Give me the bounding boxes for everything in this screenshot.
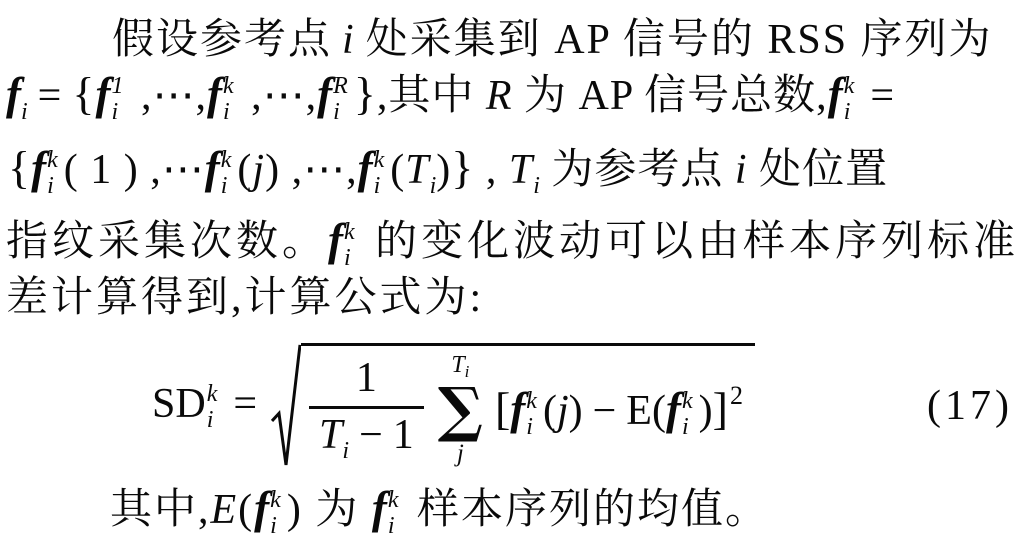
paren-group: ( 1 ) ,⋯ xyxy=(64,147,205,193)
left-brace: { xyxy=(8,142,31,193)
left-paren: ( xyxy=(543,388,557,434)
equals-sign: = xyxy=(870,73,895,119)
radical-sign-icon xyxy=(271,343,301,469)
fraction-denominator: Ti−1 xyxy=(309,406,424,464)
math-f-token: f1i xyxy=(95,73,129,119)
left-brace: { xyxy=(72,68,95,119)
math-f-token: fki xyxy=(828,73,861,119)
paper-page: { "sym": { "f": "f", "i": "i", "j": "j",… xyxy=(0,0,1029,536)
cjk-text: 为 xyxy=(303,487,372,533)
comma: , xyxy=(474,147,509,193)
cjk-text: 处采集到 AP 信号的 RSS 序列为 xyxy=(366,17,993,63)
math-f-token: fki xyxy=(207,73,240,119)
fraction-numerator: 1 xyxy=(356,356,377,406)
squared-bracket-expression: [fki(j)−E(fki)]2 xyxy=(495,381,743,440)
sd-symbol: SD xyxy=(152,381,206,427)
left-paren: ( xyxy=(238,487,254,533)
subscript-i: i xyxy=(533,173,540,199)
left-paren: ( xyxy=(237,147,252,193)
math-var-T: T xyxy=(509,147,533,193)
square-root: 1 Ti−1 Ti ∑ j [fki(j)−E(fki)]2 xyxy=(271,343,755,469)
paragraph-line-4: 指纹采集次数。fki 的变化波动可以由样本序列标准 xyxy=(6,208,1019,271)
right-paren: ) xyxy=(265,147,280,193)
math-f-token: fki xyxy=(31,147,64,193)
equals-sign: = xyxy=(38,73,63,119)
math-var-R: R xyxy=(486,73,513,119)
math-var-i: i xyxy=(735,147,748,193)
cjk-text: 指纹采集次数。 xyxy=(6,219,328,265)
math-var-T: T xyxy=(405,147,429,193)
summation-index: j xyxy=(457,439,464,469)
paragraph-line-3: {fki( 1 ) ,⋯fki(j) ,⋯,fki(Ti)} , Ti 为参考点… xyxy=(8,136,888,200)
math-var-i: i xyxy=(342,17,356,63)
math-f-token: fki xyxy=(358,147,391,193)
left-bracket: [ xyxy=(495,383,510,434)
right-paren: ) xyxy=(287,487,303,533)
equation-block: SDki= 1 Ti−1 Ti ∑ j [fki(j)−E(fki)]2 (17… xyxy=(152,338,1029,474)
paragraph-line-6: 其中,E(fki) 为 fki 样本序列的均值。 xyxy=(110,476,769,536)
math-f-token: fki xyxy=(510,388,543,434)
separator-cdots: ,⋯, xyxy=(129,73,207,119)
math-var-j: j xyxy=(557,388,569,434)
summation: Ti ∑ j xyxy=(438,352,483,469)
sigma-icon: ∑ xyxy=(438,382,483,439)
math-f-token: fki xyxy=(205,147,238,193)
expectation-symbol: E xyxy=(626,388,652,434)
right-bracket: ] xyxy=(713,383,728,434)
cjk-text: 差计算得到,计算公式为: xyxy=(6,275,484,321)
math-f-token: fki xyxy=(328,219,361,265)
fraction: 1 Ti−1 xyxy=(309,356,424,464)
equation-lhs: SDki= xyxy=(152,380,267,433)
separator-cdots: ,⋯, xyxy=(240,73,318,119)
cjk-text: 为 AP 信号总数, xyxy=(513,73,828,119)
right-brace: } xyxy=(354,68,377,119)
right-brace: } xyxy=(451,142,474,193)
expectation-symbol: E xyxy=(211,487,239,533)
math-f-token: fki xyxy=(372,487,405,533)
math-f-token: fki xyxy=(254,487,287,533)
right-paren: ) xyxy=(436,147,451,193)
right-paren: ) xyxy=(699,388,713,434)
math-f-token: fi xyxy=(6,73,28,119)
cjk-text: 假设参考点 xyxy=(112,17,332,63)
radicand: 1 Ti−1 Ti ∑ j [fki(j)−E(fki)]2 xyxy=(301,343,755,469)
math-f-token: fki xyxy=(666,388,699,434)
cjk-text: 为参考点 xyxy=(540,147,735,193)
right-paren: ) xyxy=(569,388,583,434)
cjk-text: ,其中 xyxy=(377,73,486,119)
math-f-token: fRi xyxy=(317,73,354,119)
equation-number: (17) xyxy=(927,382,1013,430)
cjk-text: 的变化波动可以由样本序列标准 xyxy=(361,219,1020,265)
equals-sign: = xyxy=(233,381,257,427)
left-paren: ( xyxy=(390,147,405,193)
separator-cdots: ,⋯, xyxy=(280,147,358,193)
left-paren: ( xyxy=(652,388,666,434)
superscript-2: 2 xyxy=(730,381,743,410)
minus-sign: − xyxy=(593,388,617,434)
math-var-j: j xyxy=(252,147,265,193)
cjk-text: 其中, xyxy=(110,487,211,533)
paragraph-line-1: 假设参考点i处采集到 AP 信号的 RSS 序列为 xyxy=(112,6,993,66)
cjk-text: 样本序列的均值。 xyxy=(405,487,770,533)
paragraph-line-2: fi={f1i ,⋯,fki ,⋯,fRi},其中 R 为 AP 信号总数,fk… xyxy=(6,62,905,126)
cjk-text: 处位置 xyxy=(748,147,889,193)
paragraph-line-5: 差计算得到,计算公式为: xyxy=(6,264,484,324)
